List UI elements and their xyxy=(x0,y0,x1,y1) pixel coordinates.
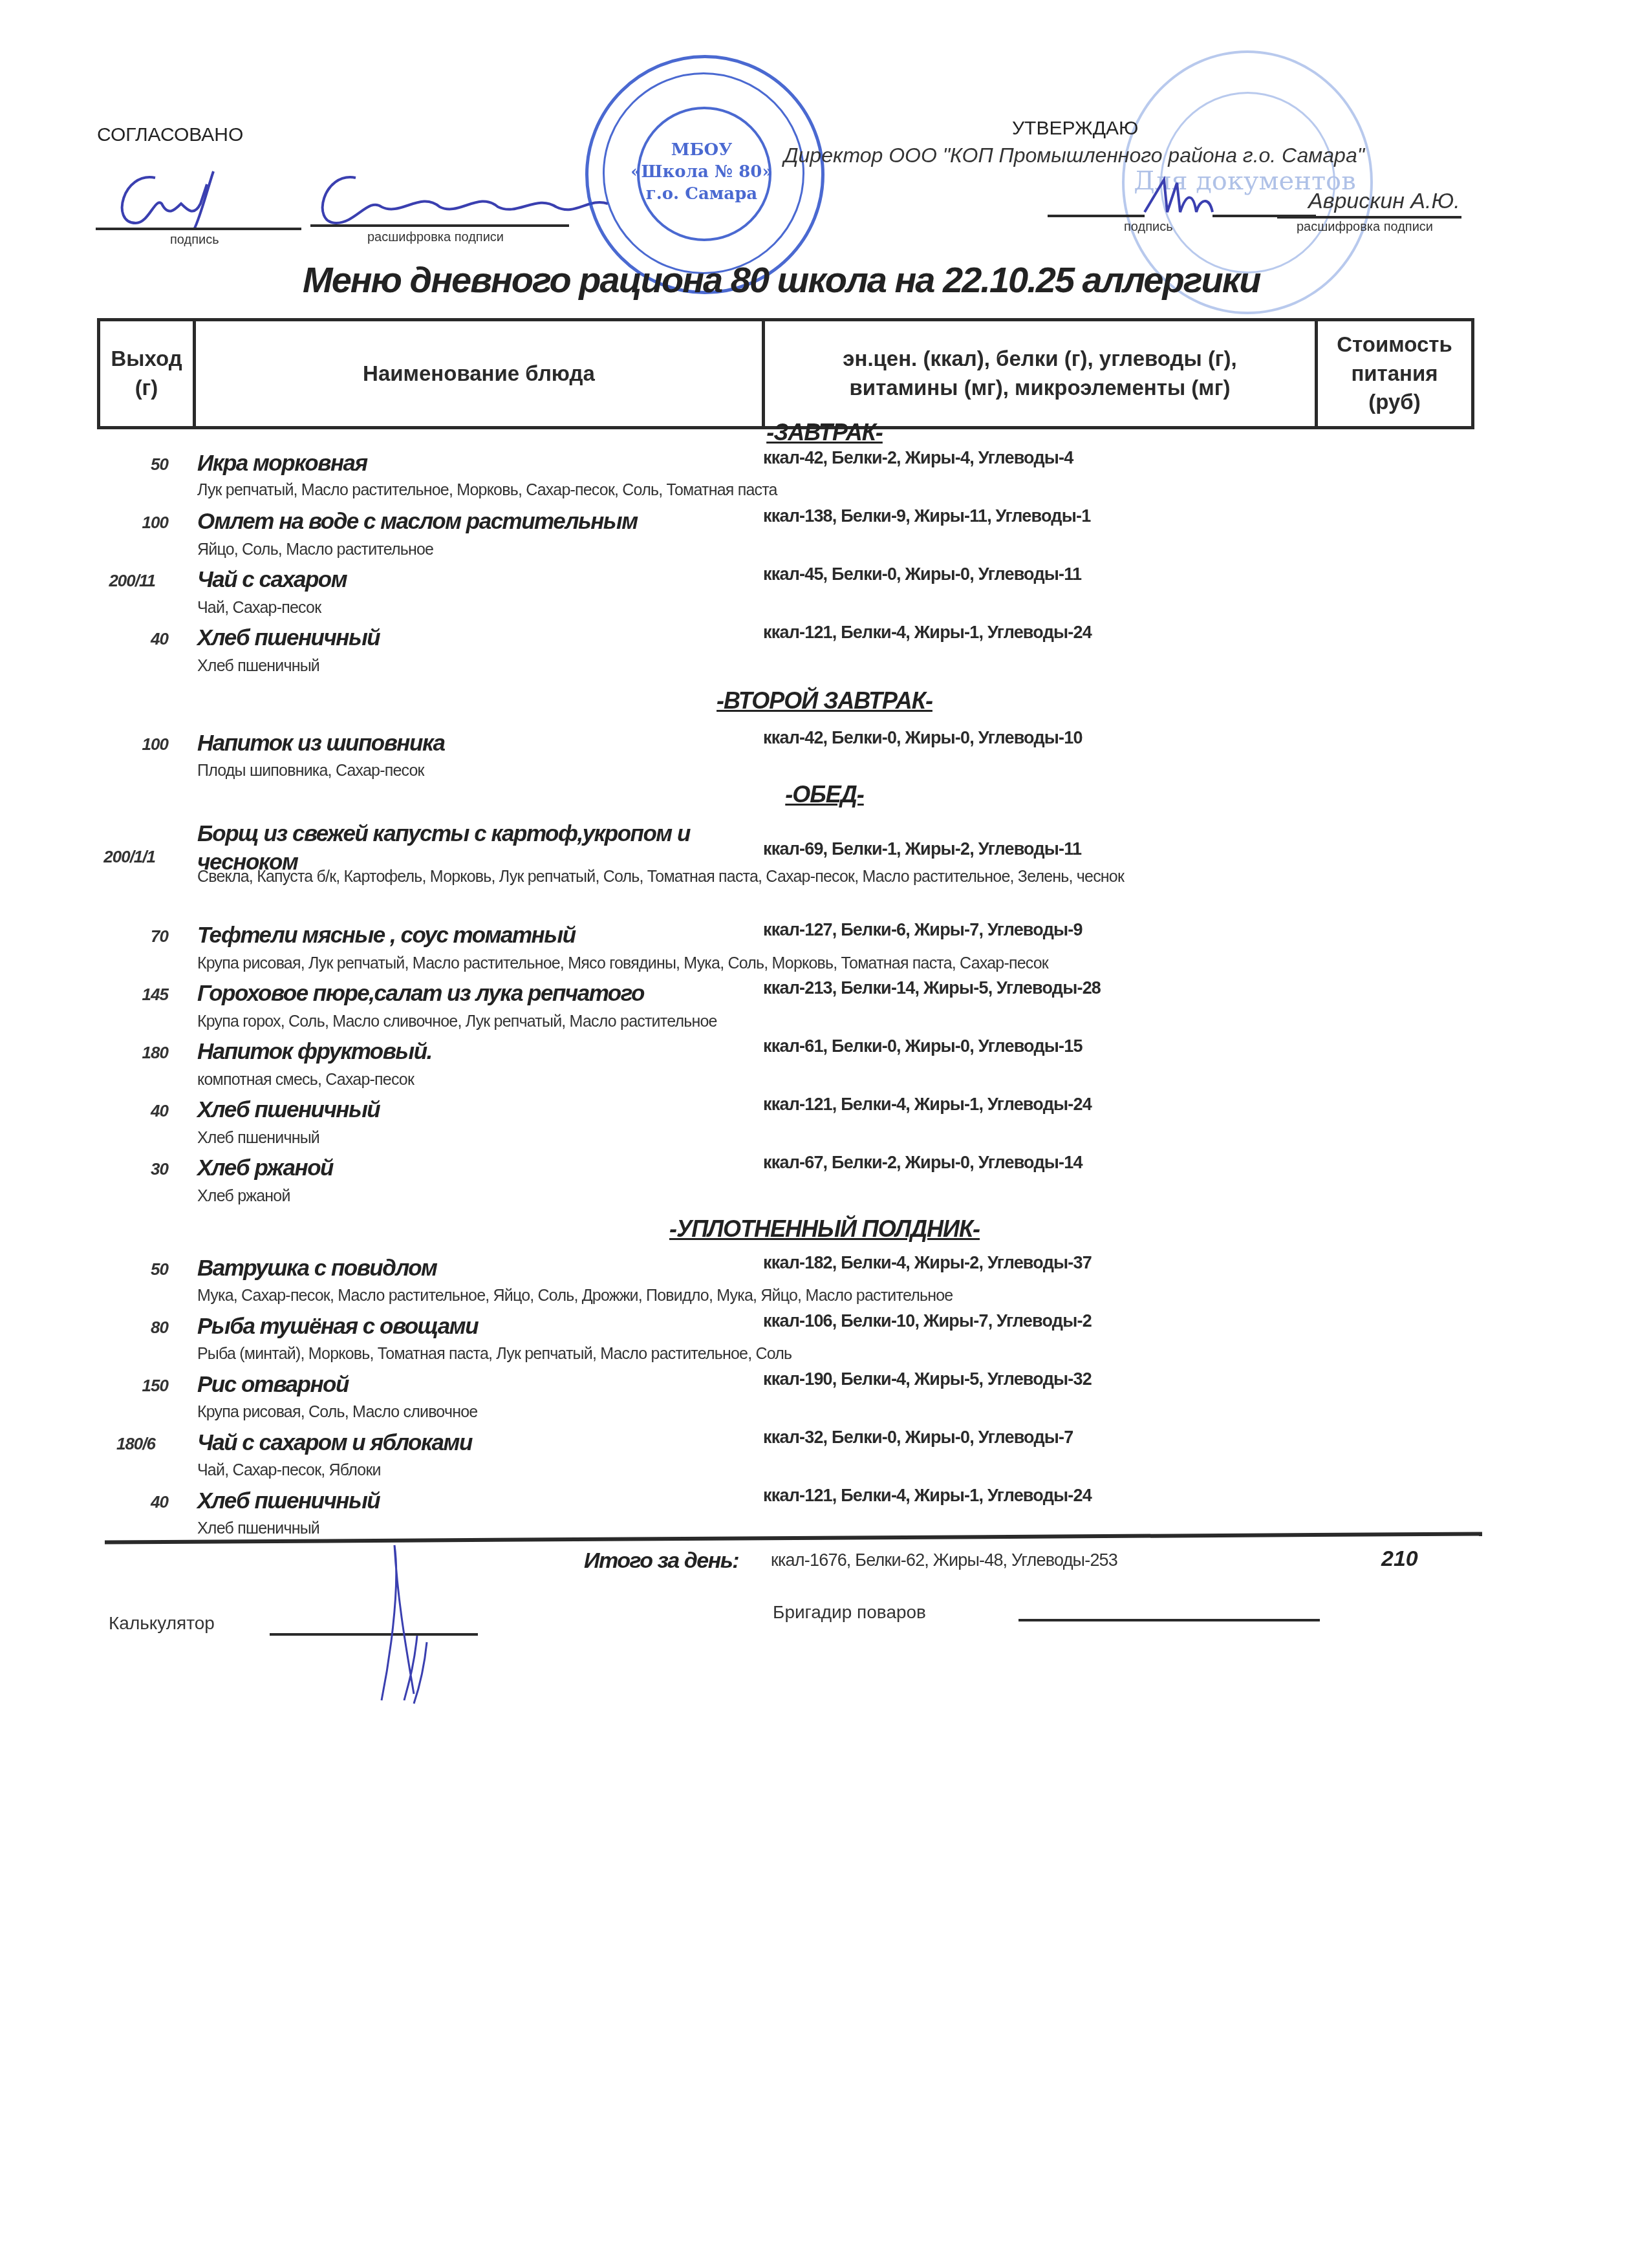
item-nutrition: ккал-182, Белки-4, Жиры-2, Углеводы-37 xyxy=(763,1253,1092,1273)
decode-caption-right: расшифровка подписи xyxy=(1297,220,1433,235)
item-ingredients: Хлеб пшеничный xyxy=(197,1126,1329,1150)
item-yield: 100 xyxy=(71,734,168,754)
col-header-dish: Наименование блюда xyxy=(196,321,765,426)
school-stamp-line-1: МБОУ xyxy=(588,139,815,161)
approver-position: Директор ООО "КОП Промышленного района г… xyxy=(784,144,1364,167)
item-nutrition: ккал-138, Белки-9, Жиры-11, Углеводы-1 xyxy=(763,506,1090,526)
item-nutrition: ккал-61, Белки-0, Жиры-0, Углеводы-15 xyxy=(763,1036,1083,1056)
school-stamp-line-3: г.о. Самара xyxy=(588,183,815,205)
item-nutrition: ккал-42, Белки-0, Жиры-0, Углеводы-10 xyxy=(763,728,1083,748)
item-ingredients: Хлеб ржаной xyxy=(197,1184,1329,1208)
item-nutrition: ккал-121, Белки-4, Жиры-1, Углеводы-24 xyxy=(763,623,1092,643)
item-yield: 50 xyxy=(71,1259,168,1279)
item-ingredients: Крупа рисовая, Лук репчатый, Масло расти… xyxy=(197,952,1329,975)
item-ingredients: Крупа горох, Соль, Масло сливочное, Лук … xyxy=(197,1010,1329,1033)
item-ingredients: Свекла, Капуста б/к, Картофель, Морковь,… xyxy=(197,865,1329,888)
item-yield: 200/11 xyxy=(58,571,155,591)
col-header-cost: Стоимость питания (руб) xyxy=(1318,321,1471,426)
approval-right-label: УТВЕРЖДАЮ xyxy=(1012,118,1138,140)
section-title: -УПЛОТНЕННЫЙ ПОЛДНИК- xyxy=(669,1215,980,1242)
section-header: -ОБЕД- xyxy=(0,781,1649,808)
approver-name: Аврискин А.Ю. xyxy=(1308,189,1460,214)
item-nutrition: ккал-127, Белки-6, Жиры-7, Углеводы-9 xyxy=(763,920,1083,940)
item-ingredients: Чай, Сахар-песок, Яблоки xyxy=(197,1459,1329,1482)
item-nutrition: ккал-121, Белки-4, Жиры-1, Углеводы-24 xyxy=(763,1095,1092,1115)
item-yield: 150 xyxy=(71,1376,168,1396)
item-ingredients: Чай, Сахар-песок xyxy=(197,596,1329,619)
decode-caption-left: расшифровка подписи xyxy=(367,230,504,245)
totals-nutrition: ккал-1676, Белки-62, Жиры-48, Углеводы-2… xyxy=(771,1550,1117,1570)
item-nutrition: ккал-69, Белки-1, Жиры-2, Углеводы-11 xyxy=(763,839,1081,859)
approval-left-label: СОГЛАСОВАНО xyxy=(97,124,243,146)
col-header-nutrition: эн.цен. (ккал), белки (г), углеводы (г),… xyxy=(765,321,1318,426)
totals-label: Итого за день: xyxy=(584,1548,738,1574)
item-yield: 180 xyxy=(71,1043,168,1063)
item-ingredients: Плоды шиповника, Сахар-песок xyxy=(197,759,1329,782)
calculator-label: Калькулятор xyxy=(109,1613,215,1634)
item-ingredients: Рыба (минтай), Морковь, Томатная паста, … xyxy=(197,1342,1329,1365)
col-header-yield: Выход (г) xyxy=(100,321,196,426)
item-yield: 50 xyxy=(71,455,168,475)
section-title: -ВТОРОЙ ЗАВТРАК- xyxy=(717,687,932,714)
item-yield: 30 xyxy=(71,1159,168,1179)
signature-caption-left: подпись xyxy=(170,233,219,248)
item-ingredients: Крупа рисовая, Соль, Масло сливочное xyxy=(197,1400,1329,1424)
section-header: -ВТОРОЙ ЗАВТРАК- xyxy=(0,687,1649,714)
item-nutrition: ккал-67, Белки-2, Жиры-0, Углеводы-14 xyxy=(763,1153,1083,1173)
item-ingredients: компотная смесь, Сахар-песок xyxy=(197,1068,1329,1091)
item-yield: 40 xyxy=(71,629,168,649)
item-nutrition: ккал-190, Белки-4, Жиры-5, Углеводы-32 xyxy=(763,1369,1092,1389)
item-nutrition: ккал-121, Белки-4, Жиры-1, Углеводы-24 xyxy=(763,1486,1092,1506)
page-title: Меню дневного рациона 80 школа на 22.10.… xyxy=(303,259,1260,301)
item-ingredients: Яйцо, Соль, Масло растительное xyxy=(197,538,1329,561)
section-title: -ОБЕД- xyxy=(785,781,863,808)
item-yield: 40 xyxy=(71,1101,168,1121)
item-yield: 70 xyxy=(71,926,168,947)
item-yield: 145 xyxy=(71,985,168,1005)
item-nutrition: ккал-32, Белки-0, Жиры-0, Углеводы-7 xyxy=(763,1428,1073,1448)
item-yield: 100 xyxy=(71,513,168,533)
section-title: -ЗАВТРАК- xyxy=(766,419,883,445)
section-header: -УПЛОТНЕННЫЙ ПОЛДНИК- xyxy=(0,1215,1649,1243)
school-stamp-line-2: «Школа № 80» xyxy=(588,161,815,183)
item-yield: 180/6 xyxy=(58,1434,155,1454)
item-nutrition: ккал-45, Белки-0, Жиры-0, Углеводы-11 xyxy=(763,564,1081,584)
chef-label: Бригадир поваров xyxy=(773,1602,926,1623)
signature-caption-right: подпись xyxy=(1124,220,1173,235)
section-header: -ЗАВТРАК- xyxy=(0,419,1649,446)
item-ingredients: Лук репчатый, Масло растительное, Морков… xyxy=(197,478,1329,502)
signature-left-handwritten xyxy=(97,152,614,236)
totals-cost: 210 xyxy=(1381,1546,1418,1572)
item-yield: 80 xyxy=(71,1318,168,1338)
item-nutrition: ккал-106, Белки-10, Жиры-7, Углеводы-2 xyxy=(763,1311,1092,1331)
item-ingredients: Мука, Сахар-песок, Масло растительное, Я… xyxy=(197,1284,1329,1307)
item-ingredients: Хлеб пшеничный xyxy=(197,654,1329,678)
item-nutrition: ккал-42, Белки-2, Жиры-4, Углеводы-4 xyxy=(763,448,1073,468)
item-yield: 200/1/1 xyxy=(58,847,155,867)
table-header: Выход (г) Наименование блюда эн.цен. (кк… xyxy=(97,318,1474,429)
calculator-signature xyxy=(362,1539,453,1707)
item-yield: 40 xyxy=(71,1492,168,1512)
item-nutrition: ккал-213, Белки-14, Жиры-5, Углеводы-28 xyxy=(763,978,1101,998)
